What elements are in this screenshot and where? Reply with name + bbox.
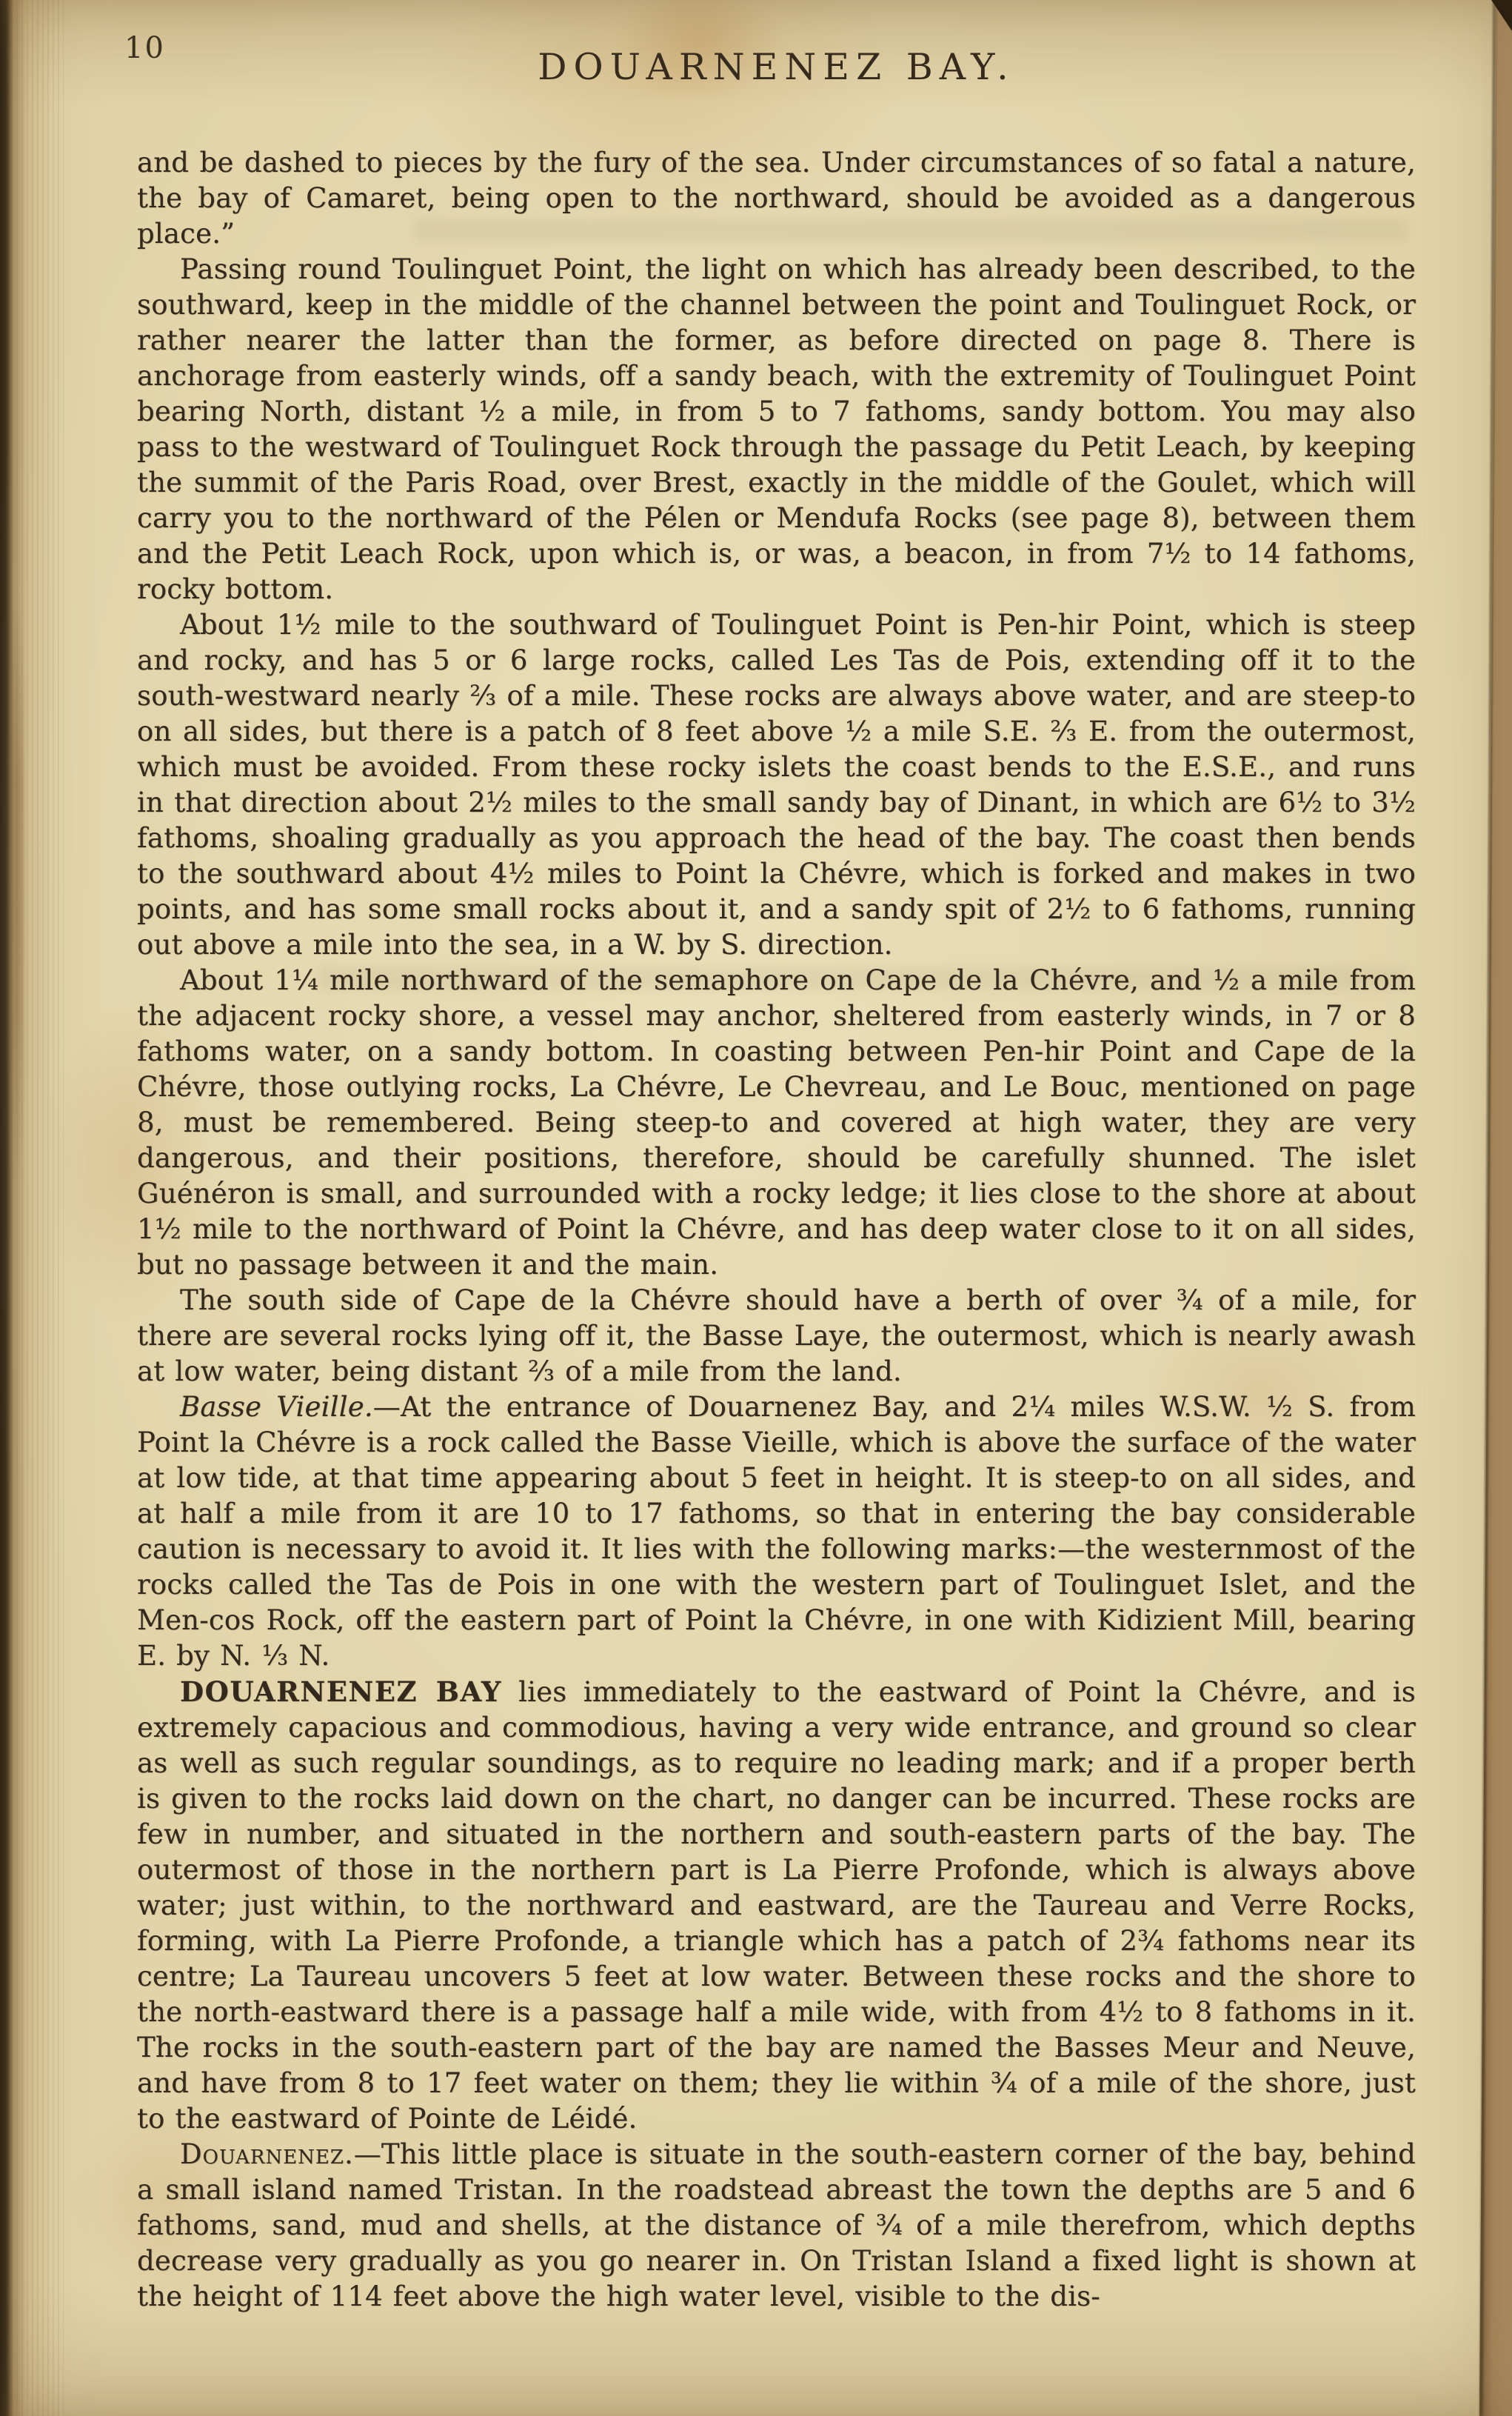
scanned-book-page: 10 DOUARNENEZ BAY. and be dashed to piec… <box>0 0 1512 2416</box>
paragraph: Douarnenez.—This little place is situate… <box>137 2137 1416 2315</box>
paragraph: Basse Vieille.—At the entrance of Douarn… <box>137 1389 1416 1674</box>
paragraph: and be dashed to pieces by the fury of t… <box>137 145 1416 252</box>
paragraph: About 1¼ mile northward of the semaphore… <box>137 963 1416 1283</box>
paragraph-text: —At the entrance of Douarnenez Bay, and … <box>137 1391 1416 1672</box>
paragraph-lead: Basse Vieille. <box>180 1391 373 1423</box>
body-text: and be dashed to pieces by the fury of t… <box>137 145 1416 2315</box>
paragraph-text: and be dashed to pieces by the fury of t… <box>137 147 1416 250</box>
paragraph-text: The south side of Cape de la Chévre shou… <box>137 1284 1416 1387</box>
paragraph-text: Passing round Toulinguet Point, the ligh… <box>137 253 1416 605</box>
paragraph: About 1½ mile to the southward of Toulin… <box>137 607 1416 963</box>
binding-streak <box>11 607 23 1185</box>
paragraph-text: About 1¼ mile northward of the semaphore… <box>137 964 1416 1281</box>
page-title: DOUARNENEZ BAY. <box>137 46 1416 88</box>
paragraph-text: lies immediately to the eastward of Poin… <box>137 1676 1416 2135</box>
paragraph-lead: DOUARNENEZ BAY <box>180 1675 502 1708</box>
paragraph: DOUARNENEZ BAY lies immediately to the e… <box>137 1674 1416 2137</box>
paragraph-text: About 1½ mile to the southward of Toulin… <box>137 609 1416 961</box>
paragraph-lead: Douarnenez. <box>180 2138 354 2170</box>
binding-streaks <box>6 0 64 2416</box>
paragraph: The south side of Cape de la Chévre shou… <box>137 1283 1416 1389</box>
paragraph: Passing round Toulinguet Point, the ligh… <box>137 252 1416 607</box>
